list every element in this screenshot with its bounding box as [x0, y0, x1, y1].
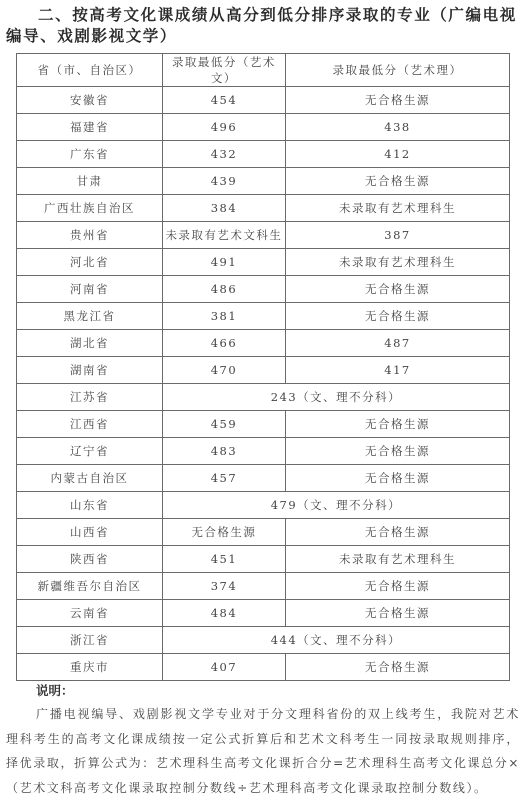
table-row: 贵州省未录取有艺术文科生387 — [17, 222, 510, 249]
province-cell: 内蒙古自治区 — [17, 465, 163, 492]
arts-liberal-cell: 466 — [162, 330, 285, 357]
table-row: 陕西省451未录取有艺术理科生 — [17, 546, 510, 573]
arts-science-cell: 无合格生源 — [285, 573, 509, 600]
table-row: 云南省484无合格生源 — [17, 600, 510, 627]
arts-science-cell: 412 — [285, 141, 509, 168]
arts-liberal-cell: 470 — [162, 357, 285, 384]
arts-liberal-cell: 未录取有艺术文科生 — [162, 222, 285, 249]
table-row: 辽宁省483无合格生源 — [17, 438, 510, 465]
table-row: 新疆维吾尔自治区374无合格生源 — [17, 573, 510, 600]
table-row: 广西壮族自治区384未录取有艺术理科生 — [17, 195, 510, 222]
arts-science-cell: 无合格生源 — [285, 303, 509, 330]
table-row: 甘肃439无合格生源 — [17, 168, 510, 195]
merged-score-cell: 479（文、理不分科） — [162, 492, 509, 519]
province-cell: 湖南省 — [17, 357, 163, 384]
arts-liberal-cell: 454 — [162, 87, 285, 114]
table-row: 重庆市407无合格生源 — [17, 654, 510, 681]
arts-science-cell: 未录取有艺术理科生 — [285, 546, 509, 573]
arts-liberal-cell: 439 — [162, 168, 285, 195]
table-row: 广东省432412 — [17, 141, 510, 168]
arts-science-cell: 438 — [285, 114, 509, 141]
table-row: 黑龙江省381无合格生源 — [17, 303, 510, 330]
table-row: 福建省496438 — [17, 114, 510, 141]
arts-science-cell: 487 — [285, 330, 509, 357]
arts-science-cell: 无合格生源 — [285, 168, 509, 195]
arts-liberal-cell: 491 — [162, 249, 285, 276]
arts-liberal-cell: 407 — [162, 654, 285, 681]
arts-liberal-cell: 483 — [162, 438, 285, 465]
arts-science-cell: 无合格生源 — [285, 87, 509, 114]
province-cell: 云南省 — [17, 600, 163, 627]
province-cell: 新疆维吾尔自治区 — [17, 573, 163, 600]
table-row: 河南省486无合格生源 — [17, 276, 510, 303]
table-row: 江西省459无合格生源 — [17, 411, 510, 438]
arts-science-cell: 无合格生源 — [285, 465, 509, 492]
arts-science-cell: 未录取有艺术理科生 — [285, 195, 509, 222]
arts-liberal-cell: 457 — [162, 465, 285, 492]
province-cell: 福建省 — [17, 114, 163, 141]
province-cell: 广东省 — [17, 141, 163, 168]
arts-science-cell: 387 — [285, 222, 509, 249]
province-cell: 江西省 — [17, 411, 163, 438]
province-cell: 湖北省 — [17, 330, 163, 357]
arts-science-cell: 无合格生源 — [285, 276, 509, 303]
header-arts-science: 录取最低分（艺术理） — [285, 54, 509, 87]
arts-liberal-cell: 486 — [162, 276, 285, 303]
province-cell: 黑龙江省 — [17, 303, 163, 330]
table-row: 山东省479（文、理不分科） — [17, 492, 510, 519]
province-cell: 广西壮族自治区 — [17, 195, 163, 222]
province-cell: 辽宁省 — [17, 438, 163, 465]
table-row: 河北省491未录取有艺术理科生 — [17, 249, 510, 276]
notes-label: 说明： — [36, 681, 74, 699]
arts-liberal-cell: 381 — [162, 303, 285, 330]
province-cell: 河南省 — [17, 276, 163, 303]
admission-scores-table: 省（市、自治区） 录取最低分（艺术文） 录取最低分（艺术理） 安徽省454无合格… — [16, 53, 510, 681]
province-cell: 贵州省 — [17, 222, 163, 249]
section-title: 二、按高考文化课成绩从高分到低分排序录取的专业（广编电视编导、戏剧影视文学） — [6, 4, 522, 46]
arts-liberal-cell: 384 — [162, 195, 285, 222]
arts-science-cell: 无合格生源 — [285, 600, 509, 627]
table-row: 湖北省466487 — [17, 330, 510, 357]
arts-science-cell: 无合格生源 — [285, 438, 509, 465]
arts-liberal-cell: 484 — [162, 600, 285, 627]
arts-liberal-cell: 无合格生源 — [162, 519, 285, 546]
table-header-row: 省（市、自治区） 录取最低分（艺术文） 录取最低分（艺术理） — [17, 54, 510, 87]
header-arts-liberal: 录取最低分（艺术文） — [162, 54, 285, 87]
province-cell: 安徽省 — [17, 87, 163, 114]
province-cell: 浙江省 — [17, 627, 163, 654]
arts-science-cell: 未录取有艺术理科生 — [285, 249, 509, 276]
table-row: 湖南省470417 — [17, 357, 510, 384]
merged-score-cell: 444（文、理不分科） — [162, 627, 509, 654]
province-cell: 甘肃 — [17, 168, 163, 195]
table-row: 浙江省444（文、理不分科） — [17, 627, 510, 654]
arts-science-cell: 417 — [285, 357, 509, 384]
arts-liberal-cell: 374 — [162, 573, 285, 600]
province-cell: 山东省 — [17, 492, 163, 519]
table-row: 山西省无合格生源无合格生源 — [17, 519, 510, 546]
arts-liberal-cell: 459 — [162, 411, 285, 438]
arts-liberal-cell: 496 — [162, 114, 285, 141]
province-cell: 山西省 — [17, 519, 163, 546]
arts-liberal-cell: 432 — [162, 141, 285, 168]
notes-body: 广播电视编导、戏剧影视文学专业对于分文理科省份的双上线考生，我院对艺术理科考生的… — [6, 702, 520, 800]
table-row: 安徽省454无合格生源 — [17, 87, 510, 114]
header-province: 省（市、自治区） — [17, 54, 163, 87]
arts-science-cell: 无合格生源 — [285, 654, 509, 681]
province-cell: 河北省 — [17, 249, 163, 276]
province-cell: 江苏省 — [17, 384, 163, 411]
merged-score-cell: 243（文、理不分科） — [162, 384, 509, 411]
table-row: 内蒙古自治区457无合格生源 — [17, 465, 510, 492]
province-cell: 陕西省 — [17, 546, 163, 573]
arts-science-cell: 无合格生源 — [285, 519, 509, 546]
arts-science-cell: 无合格生源 — [285, 411, 509, 438]
arts-liberal-cell: 451 — [162, 546, 285, 573]
province-cell: 重庆市 — [17, 654, 163, 681]
table-row: 江苏省243（文、理不分科） — [17, 384, 510, 411]
